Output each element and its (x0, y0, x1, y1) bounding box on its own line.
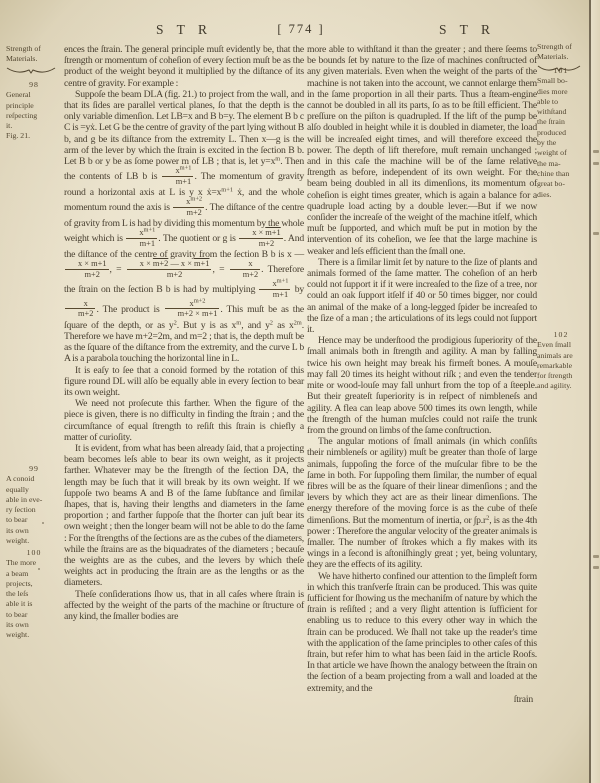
paragraph: It is eaſy to ſee that a conoid formed b… (64, 365, 304, 399)
left-margin-notes: Strength of Materials. 98 General princi… (6, 0, 62, 783)
fraction: x × m+1m+2 (239, 228, 283, 248)
edge-mark (593, 162, 599, 165)
fraction: xm+1m+1 (126, 228, 157, 248)
paragraph: The angular motions of ſmall animals (in… (307, 436, 537, 570)
edge-mark (593, 555, 599, 558)
paper-speck (42, 522, 44, 524)
paragraph: There is a ſimilar limit ſet by nature t… (307, 257, 537, 335)
paragraph: Theſe conſiderations ſhow us, that in al… (64, 589, 304, 623)
page-number: [ 774 ] (240, 22, 362, 37)
margin-note-text: General principle reſpecting it. Fig. 21… (6, 90, 62, 141)
swash-flourish (6, 66, 56, 75)
fraction: x × m+2 — x × m+1m+2 (127, 259, 212, 279)
fraction: x × m+1m+2 (65, 259, 109, 279)
left-text-column: ences the ſtrain. The general principle … (64, 44, 304, 622)
fraction: xm+1m+1 (162, 166, 193, 186)
paragraph: Suppoſe the beam DLA (fig. 21.) to proje… (64, 89, 304, 365)
page-edge-shadow (570, 0, 600, 783)
running-title-right: S T R (372, 22, 562, 38)
fraction: xm+2m+2 (173, 197, 204, 217)
fraction: xm+2m+2 × m+1 (165, 299, 220, 319)
margin-note-100: 100 The more a beam projects, the leſs a… (6, 548, 62, 641)
paragraph: We have hitherto confined our attention … (307, 571, 537, 694)
right-column-paragraphs: more able to withſtand it than the great… (307, 44, 537, 694)
margin-note-title: Strength of Materials. (6, 44, 62, 75)
adjacent-page-sliver (591, 0, 600, 783)
edge-mark (593, 232, 599, 235)
paragraph: We need not proſecute this farther. When… (64, 398, 304, 443)
paragraph: It is evident, from what has been alread… (64, 443, 304, 589)
page-header: S T R [ 774 ] S T R (0, 22, 600, 42)
margin-note-text: A conoid equally able in eve- ry ſection… (6, 474, 62, 546)
paragraph: more able to withſtand it than the great… (307, 44, 537, 257)
right-text-column: more able to withſtand it than the great… (307, 44, 537, 705)
margin-note-text: The more a beam projects, the leſs able … (6, 558, 62, 640)
paper-speck (38, 568, 40, 570)
paragraph: Hence may be underſtood the prodigious ſ… (307, 335, 537, 436)
edge-mark (593, 566, 599, 569)
margin-note-99: 99 A conoid equally able in eve- ry ſect… (6, 464, 62, 546)
margin-note-number: 99 (6, 464, 62, 474)
margin-note-number: 98 (6, 80, 62, 90)
fraction: xm+2 (65, 299, 95, 319)
catchword: ſtrain (307, 694, 537, 705)
fraction: xm+1m+1 (259, 279, 290, 299)
book-page: S T R [ 774 ] S T R Strength of Material… (0, 0, 600, 783)
margin-note-98: 98 General principle reſpecting it. Fig.… (6, 80, 62, 142)
margin-note-text: Strength of Materials. (6, 44, 62, 65)
fraction: xm+2 (230, 259, 260, 279)
margin-note-number: 100 (6, 548, 62, 558)
edge-mark (593, 150, 599, 153)
paragraph: ences the ſtrain. The general principle … (64, 44, 304, 89)
